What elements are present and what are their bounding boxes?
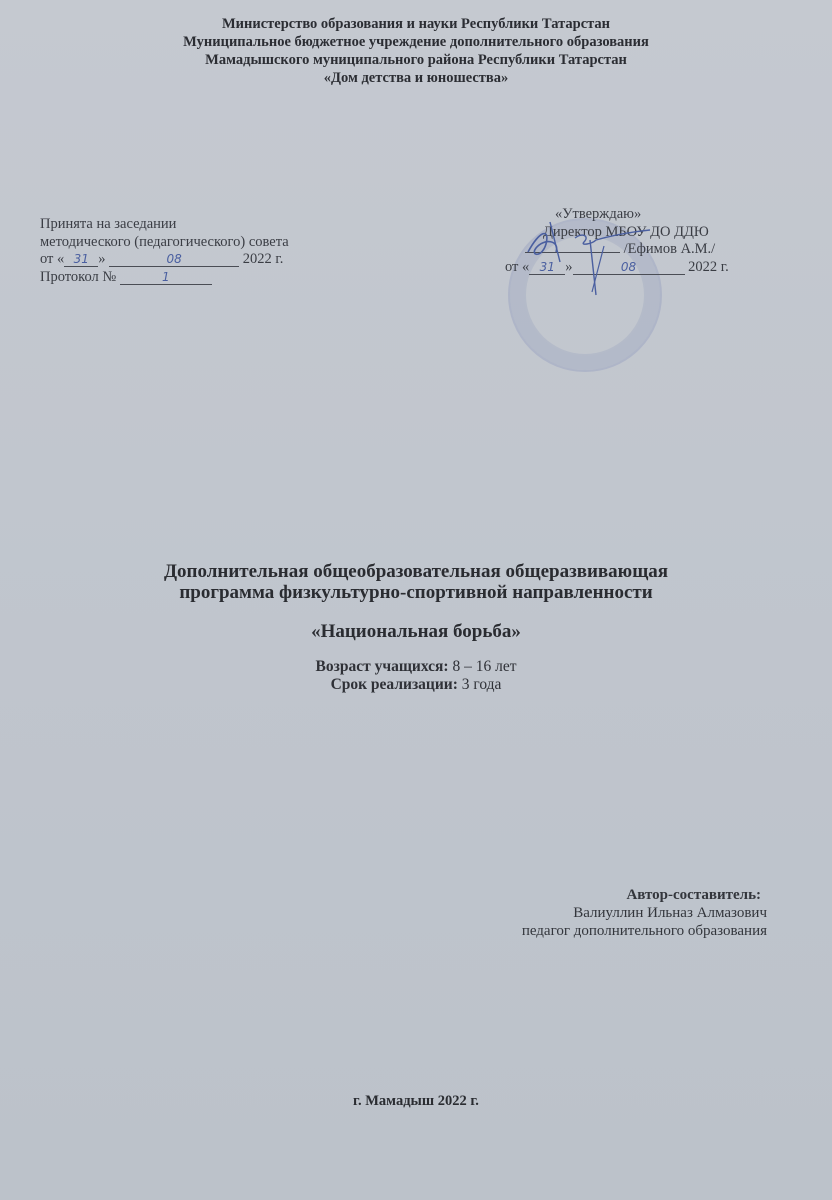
program-name: «Национальная борьба» (0, 621, 832, 643)
adoption-line-2: методического (педагогического) совета (40, 234, 289, 252)
term-label: Срок реализации: (331, 676, 458, 693)
date-prefix: от « (40, 251, 64, 267)
author-block: Автор-составитель: Валиуллин Ильназ Алма… (450, 886, 767, 940)
term-value: 3 года (462, 676, 502, 693)
signature-icon (520, 210, 680, 300)
program-title: Дополнительная общеобразовательная общер… (0, 561, 832, 603)
adoption-day: 31 (64, 252, 98, 267)
adoption-date: от «31» 08 2022 г. (40, 251, 289, 269)
district-line: Мамадышского муниципального района Респу… (0, 51, 832, 69)
program-title-line-1: Дополнительная общеобразовательная общер… (0, 561, 832, 582)
approval-year: 2022 г. (688, 259, 729, 275)
author-position: педагог дополнительного образования (450, 922, 767, 940)
protocol-label: Протокол № (40, 269, 116, 285)
institution-header: Министерство образования и науки Республ… (0, 15, 832, 87)
adoption-year: 2022 г. (243, 251, 284, 267)
age-value: 8 – 16 лет (452, 658, 516, 675)
institution-name-line: «Дом детства и юношества» (0, 69, 832, 87)
program-meta: Возраст учащихся: 8 – 16 лет Срок реализ… (0, 658, 832, 694)
institution-type-line: Муниципальное бюджетное учреждение допол… (0, 33, 832, 51)
protocol-line: Протокол № 1 (40, 269, 289, 287)
ministry-line: Министерство образования и науки Республ… (0, 15, 832, 33)
author-label: Автор-составитель: (450, 886, 761, 904)
author-name: Валиуллин Ильназ Алмазович (450, 904, 767, 922)
program-title-line-2: программа физкультурно-спортивной направ… (0, 582, 832, 603)
protocol-number: 1 (120, 270, 212, 285)
adoption-block: Принята на заседании методического (педа… (40, 216, 289, 286)
age-label: Возраст учащихся: (316, 658, 449, 675)
adoption-line-1: Принята на заседании (40, 216, 289, 234)
city-year: г. Мамадыш 2022 г. (0, 1093, 832, 1110)
term-row: Срок реализации: 3 года (0, 676, 832, 694)
adoption-month: 08 (109, 252, 239, 267)
date-mid: » (98, 251, 105, 267)
age-row: Возраст учащихся: 8 – 16 лет (0, 658, 832, 676)
